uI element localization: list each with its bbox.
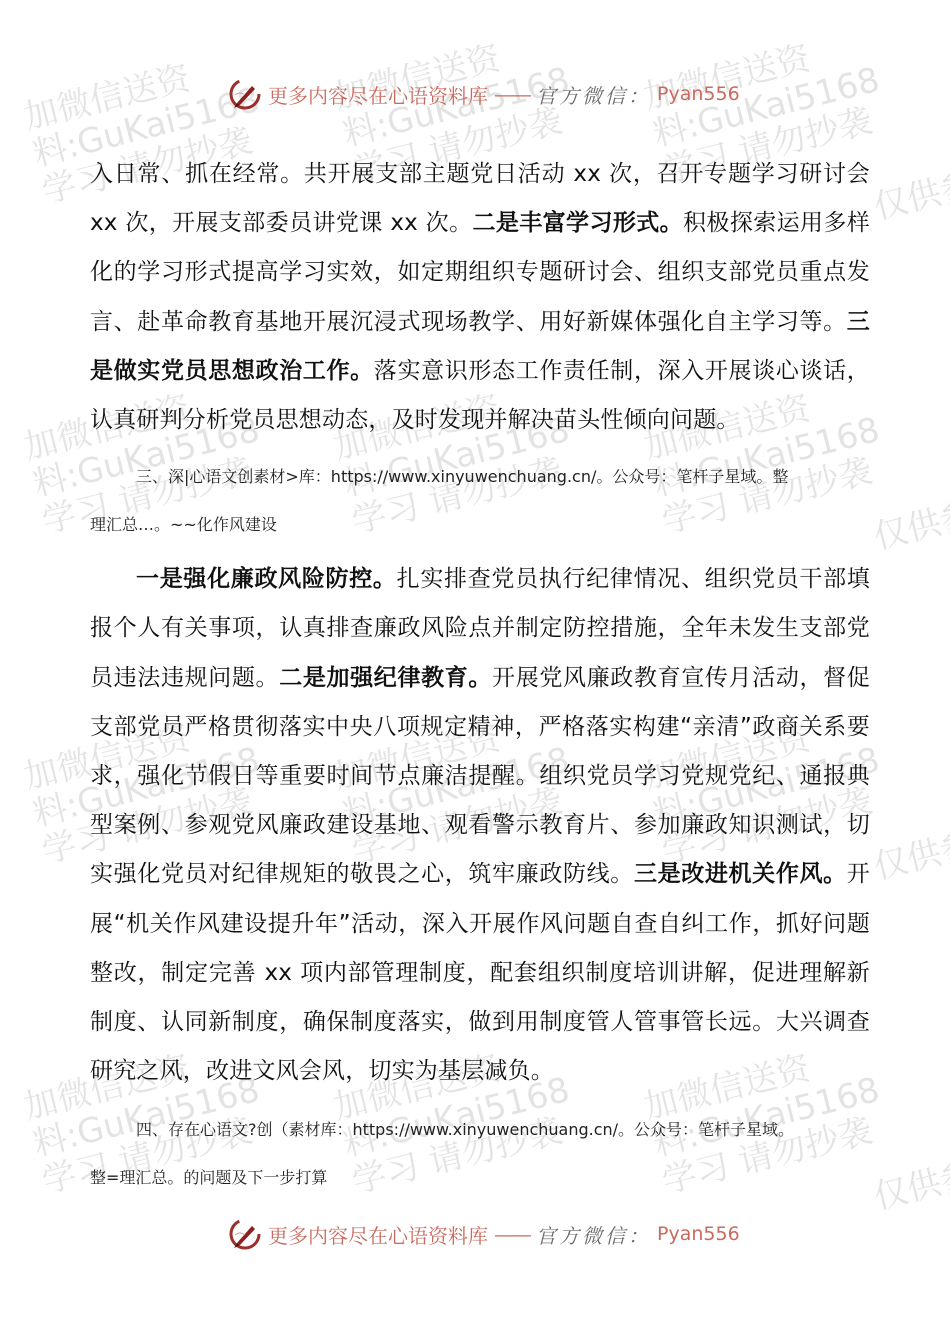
footer-banner: 更多内容尽在心语资料库 —— 官方微信： Pyan556 — [228, 1214, 728, 1254]
brand-text: 更多内容尽在心语资料库 — [268, 80, 488, 109]
document-body: 入日常、抓在经常。共开展支部主题党日活动 xx 次，召开专题学习研讨会 xx 次… — [90, 150, 870, 1202]
wechat-id: Pyan556 — [657, 83, 740, 105]
bold-lead: 二是加强纪律教育。 — [279, 665, 492, 691]
watermark: 仅供参考 — [870, 817, 950, 887]
bold-lead: 二是丰富学习形式。 — [472, 210, 683, 236]
quill-pen-logo-icon — [228, 1217, 262, 1251]
section-heading-4: 四、存在心语文?创（素材库：https://www.xinyuwenchuang… — [90, 1106, 870, 1202]
paragraph-discipline: 一是强化廉政风险防控。扎实排查党员执行纪律情况、组织党员干部填报个人有关事项，认… — [90, 555, 870, 1096]
official-wechat-label: 官方微信： — [536, 1220, 651, 1249]
dash: —— — [494, 82, 530, 106]
quill-pen-logo-icon — [228, 77, 262, 111]
official-wechat-label: 官方微信： — [536, 80, 651, 109]
bold-lead: 三是改进机关作风。 — [634, 861, 847, 887]
paragraph-study: 入日常、抓在经常。共开展支部主题党日活动 xx 次，召开专题学习研讨会 xx 次… — [90, 150, 870, 445]
watermark: 仅供参考 — [870, 157, 950, 227]
brand-text: 更多内容尽在心语资料库 — [268, 1220, 488, 1249]
header-banner: 更多内容尽在心语资料库 —— 官方微信： Pyan556 — [228, 74, 728, 114]
watermark: 仅供参考 — [870, 1147, 950, 1217]
section-heading-3: 三、深|心语文创素材>库：https://www.xinyuwenchuang.… — [90, 453, 870, 549]
dash: —— — [494, 1222, 530, 1246]
wechat-id: Pyan556 — [657, 1223, 740, 1245]
watermark: 仅供参考 — [870, 487, 950, 557]
bold-lead: 一是强化廉政风险防控。 — [136, 566, 397, 592]
